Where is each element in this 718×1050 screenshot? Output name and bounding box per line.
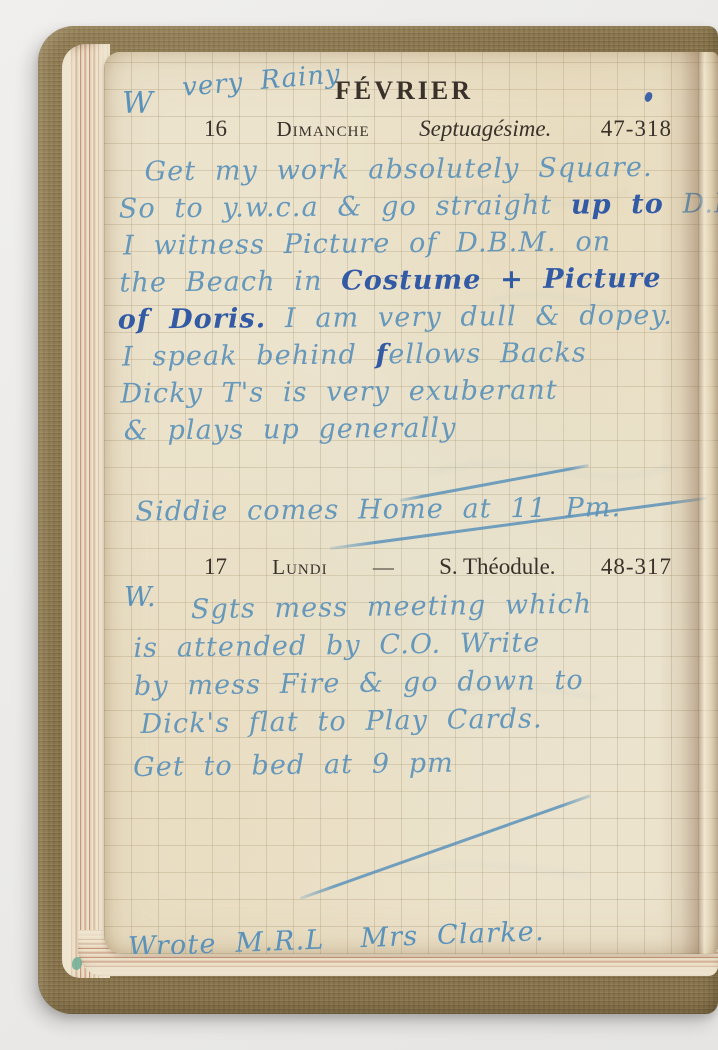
handwriting-segment: Get my work absolutely Square. xyxy=(144,152,652,187)
handwriting-segment: & plays up generally xyxy=(124,413,457,447)
ink-flourish-stroke xyxy=(299,794,590,900)
handwriting-line: So to y.w.c.a & go straight up to D.M. xyxy=(119,186,711,228)
handwriting-segment: I speak behind xyxy=(122,339,376,372)
page-edges-left xyxy=(62,44,110,978)
handwriting-segment: Costume xyxy=(341,264,482,296)
handwriting-line: of Doris. I am very dull & dopey. xyxy=(118,297,712,339)
handwriting-line: Get to bed at 9 pm xyxy=(133,741,715,787)
day-header-16: 16 Dimanche Septuagésime. 47-318 xyxy=(204,116,672,142)
diary-entry-16-handwriting: Get my work absolutely Square.So to y.w.… xyxy=(118,149,713,531)
handwriting-segment xyxy=(481,264,500,295)
feast-name: S. Théodule. xyxy=(439,554,555,580)
day-name: Lundi xyxy=(272,555,327,580)
handwriting-line: I speak behind fellows Backs xyxy=(122,334,712,376)
handwriting-segment: I witness Picture of D.B.M. on xyxy=(123,226,611,261)
handwriting-segment: ellows Backs xyxy=(388,338,587,371)
handwriting-segment: the Beach in xyxy=(119,266,341,299)
handwriting-segment: f xyxy=(375,339,388,370)
handwriting-segment: Dick's flat to Play Cards. xyxy=(140,703,543,740)
day-header-17: 17 Lundi — S. Théodule. 48-317 xyxy=(204,554,672,580)
handwriting-segment: is attended by C.O. Write xyxy=(133,627,540,664)
footer-note: Wrote M.R.L Mrs Clarke. xyxy=(128,916,546,954)
month-title: FÉVRIER xyxy=(104,76,704,106)
diary-entry-17-handwriting: Sgts mess meeting whichis attended by C.… xyxy=(133,584,716,787)
day-number: 16 xyxy=(204,116,227,142)
day-name: Dimanche xyxy=(276,117,369,142)
handwriting-segment: Get to bed at 9 pm xyxy=(133,748,454,783)
handwriting-segment: of Doris. xyxy=(118,303,267,335)
handwriting-segment: D.M. xyxy=(664,188,718,220)
footer-note-left: Wrote M.R.L xyxy=(128,924,325,954)
handwriting-segment: Dicky T's is very exuberant xyxy=(120,375,558,410)
header-dash: — xyxy=(373,555,394,580)
handwriting-segment: + Picture xyxy=(500,263,662,295)
feast-name: Septuagésime. xyxy=(419,116,551,142)
day-count: 47-318 xyxy=(601,116,672,142)
diary-page: W very Rainy FÉVRIER 16 Dimanche Septuag… xyxy=(104,52,718,954)
handwriting-segment: up to xyxy=(571,189,664,221)
handwriting-segment: Sgts mess meeting which xyxy=(191,589,593,626)
day-number: 17 xyxy=(204,554,227,580)
handwriting-segment: by mess Fire & go down to xyxy=(134,665,584,702)
handwriting-segment: I am very dull & dopey. xyxy=(266,300,673,335)
handwriting-segment: So to y.w.c.a & go straight xyxy=(119,190,571,225)
footer-note-right: Mrs Clarke. xyxy=(360,916,545,954)
handwriting-line: I witness Picture of D.B.M. on xyxy=(123,223,711,265)
day-count: 48-317 xyxy=(601,554,672,580)
handwriting-segment: Siddie comes Home at 11 Pm. xyxy=(135,492,621,527)
handwriting-line: the Beach in Costume + Picture xyxy=(119,260,711,302)
diary-photo: W very Rainy FÉVRIER 16 Dimanche Septuag… xyxy=(0,0,718,1050)
handwriting-line: Dick's flat to Play Cards. xyxy=(140,698,714,744)
handwriting-line: Get my work absolutely Square. xyxy=(144,149,710,191)
handwriting-line: Dicky T's is very exuberant xyxy=(120,371,712,413)
handwriting-line: & plays up generally xyxy=(124,408,713,450)
